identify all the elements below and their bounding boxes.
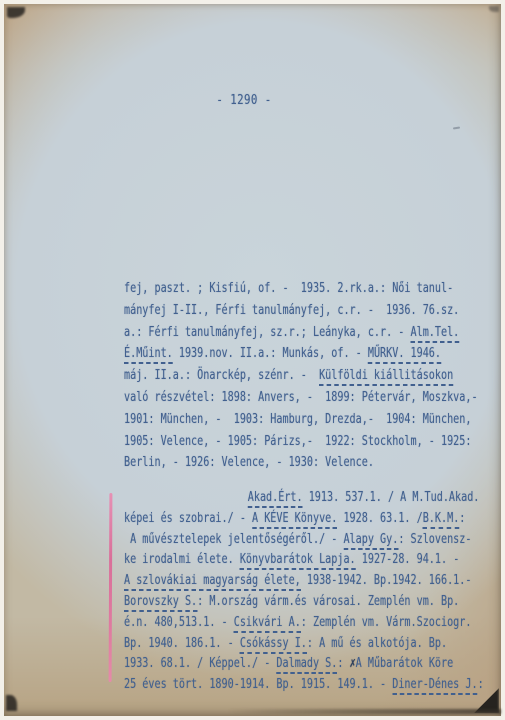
text-segment: : Zemplén vm. Várm.Szociogr. <box>301 614 472 630</box>
text-line: Bp. 1940. 186.1. - Csókássy I.: A mű és … <box>124 633 484 654</box>
ink-dash-artifact <box>453 127 460 130</box>
text-segment: 1913. 537.1. / A M.Tud.Akad. <box>303 489 480 505</box>
text-segment: fej, paszt. ; Kisfiú, of. - 1935. 2.rk.a… <box>124 280 453 296</box>
text-segment: 1927-28. 94.1. - <box>356 551 460 567</box>
underlined-text: Könyvbarátok Lapja. <box>240 551 356 570</box>
underlined-text: Borovszky S. <box>124 593 197 612</box>
scan-corner-shadow-top-right <box>489 6 499 12</box>
text-segment: képei és szobrai./ - <box>124 510 252 526</box>
text-line: 1905: Velence, - 1905: Párizs,- 1922: St… <box>124 431 484 453</box>
underlined-text: Akad.Ért. <box>248 489 303 508</box>
underlined-text: Alm.Tel. <box>411 324 460 343</box>
text-segment: A művésztelepek jelentőségéről./ - <box>124 531 343 547</box>
text-line: ke irodalmi élete. Könyvbarátok Lapja. 1… <box>124 549 484 570</box>
underlined-text: Alapy Gy. <box>343 531 398 550</box>
underlined-text: Csókássy I. <box>240 635 307 654</box>
scanned-page: - 1290 - fej, paszt. ; Kisfiú, of. - 193… <box>4 4 501 716</box>
text-segment: 25 éves tört. 1890-1914. Bp. 1915. 149.1… <box>124 676 392 692</box>
scan-bottom-edge-shadow <box>4 709 501 714</box>
text-line: a.: Férfi tanulmányfej, sz.r.; Leányka, … <box>124 322 484 344</box>
underlined-text: Dalmady S. <box>276 655 337 674</box>
text-line: képei és szobrai./ - A KÉVE Könyve. 1928… <box>124 508 484 529</box>
text-line: 1901: München, - 1903: Hamburg, Drezda,-… <box>124 409 484 431</box>
text-line: 25 éves tört. 1890-1914. Bp. 1915. 149.1… <box>124 674 484 695</box>
text-line: Berlin, - 1926: Velence, - 1930: Velence… <box>124 452 484 474</box>
page-number: - 1290 - <box>148 92 340 108</box>
paragraph-bibliography: Akad.Ért. 1913. 537.1. / A M.Tud.Akad.ké… <box>124 487 484 695</box>
underlined-text: É.Műint. <box>124 345 173 364</box>
text-line: fej, paszt. ; Kisfiú, of. - 1935. 2.rk.a… <box>124 278 484 300</box>
text-segment: Berlin, - 1926: Velence, - 1930: Velence… <box>124 454 374 470</box>
text-line: mányfej I-II., Férfi tanulmányfej, c.r. … <box>124 300 484 322</box>
scan-background: - 1290 - fej, paszt. ; Kisfiú, of. - 193… <box>0 0 505 720</box>
text-segment: 1933. 68.1. / Képpel./ - <box>124 655 276 671</box>
text-line: A művésztelepek jelentőségéről./ - Alapy… <box>124 529 484 550</box>
text-segment: mányfej I-II., Férfi tanulmányfej, c.r. … <box>124 302 459 318</box>
underlined-text: MŰRKV. 1946. <box>368 345 441 364</box>
text-line: É.Műint. 1939.nov. II.a.: Munkás, of. - … <box>124 343 484 365</box>
text-segment: : <box>478 676 484 692</box>
text-line: é.n. 480,513.1. - Csikvári A.: Zemplén v… <box>124 612 484 633</box>
pink-pencil-margin-line <box>109 493 112 682</box>
text-line: Akad.Ért. 1913. 537.1. / A M.Tud.Akad. <box>124 487 484 508</box>
underlined-text: Külföldi kiállitásokon <box>319 367 453 386</box>
text-segment: ke irodalmi élete. <box>124 551 240 567</box>
text-line: 1933. 68.1. / Képpel./ - Dalmady S.: ✗A … <box>124 653 484 674</box>
text-segment: A Műbarátok Köre <box>356 655 454 671</box>
text-segment: 1905: Velence, - 1905: Párizs,- 1922: St… <box>124 433 471 449</box>
text-segment: máj. II.a.: Önarckép, szénr. - <box>124 367 319 383</box>
text-line: Borovszky S.: M.ország várm.és városai. … <box>124 591 484 612</box>
text-segment: : M.ország várm.és városai. Zemplén vm. … <box>197 593 459 609</box>
text-segment: 1938-1942. Bp.1942. 166.1.- <box>301 572 472 588</box>
text-line: máj. II.a.: Önarckép, szénr. - Külföldi … <box>124 365 484 387</box>
text-segment: : <box>459 510 465 526</box>
text-segment: 1901: München, - 1903: Hamburg, Drezda,-… <box>124 411 471 427</box>
scan-corner-shadow-top-left <box>7 7 25 18</box>
underlined-text: A KÉVE Könyve. <box>252 510 337 529</box>
underlined-text: Diner-Dénes J. <box>392 676 477 695</box>
text-line: való részvétel: 1898: Anvers, - 1899: Pé… <box>124 387 484 409</box>
text-segment: a.: Férfi tanulmányfej, sz.r.; Leányka, … <box>124 324 411 340</box>
underlined-text: Csikvári A. <box>234 614 301 633</box>
text-segment: 1939.nov. II.a.: Munkás, of. - <box>173 345 368 361</box>
text-segment: 1928. 63.1. / <box>337 510 422 526</box>
text-segment: : <box>337 655 349 671</box>
underlined-text: B.K.M. <box>423 510 460 529</box>
text-segment: é.n. 480,513.1. - <box>124 614 234 630</box>
text-segment: való részvétel: 1898: Anvers, - 1899: Pé… <box>124 389 478 405</box>
text-segment: : Szlovensz- <box>398 531 471 547</box>
text-segment: : A mű és alkotója. Bp. <box>307 635 447 651</box>
underlined-text: A szlovákiai magyarság élete, <box>124 572 301 591</box>
text-line: A szlovákiai magyarság élete, 1938-1942.… <box>124 570 484 591</box>
text-segment: Bp. 1940. 186.1. - <box>124 635 240 651</box>
paragraph-artworks-exhibitions: fej, paszt. ; Kisfiú, of. - 1935. 2.rk.a… <box>124 278 484 474</box>
